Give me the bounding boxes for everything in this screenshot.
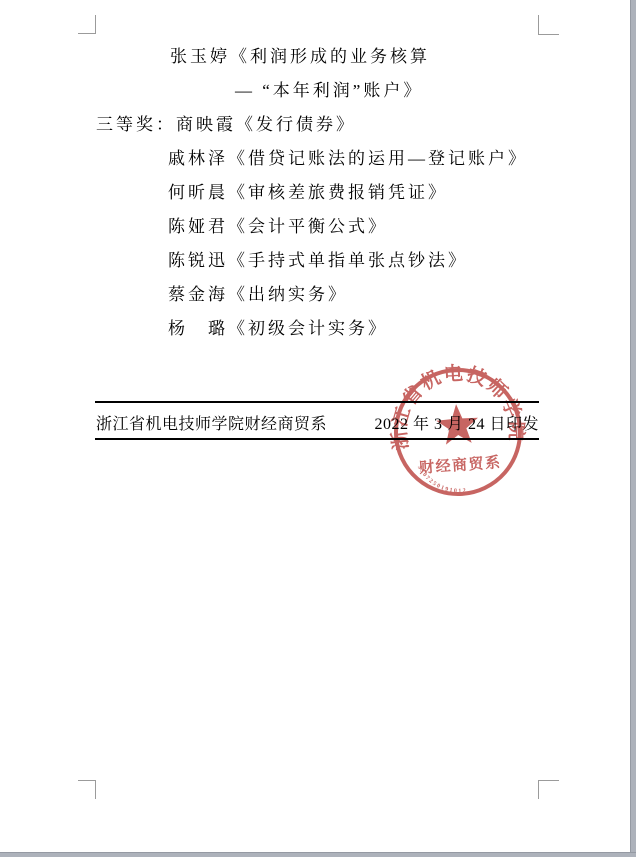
margin-crop-mark-top-right [538, 15, 559, 35]
footer-rule-bottom [95, 438, 539, 440]
third-prize-heading-line: 三等奖：商映霞《发行债券》 [0, 110, 636, 132]
footer-row: 浙江省机电技师学院财经商贸系 2022 年 3 月 24 日印发 [96, 411, 539, 434]
print-date: 2022 年 3 月 24 日印发 [374, 411, 539, 434]
issuing-department: 浙江省机电技师学院财经商贸系 [96, 411, 327, 434]
page-edge-bottom [0, 852, 636, 857]
seal-center-text: 财经商贸系 [419, 453, 503, 477]
margin-crop-mark-bottom-right [538, 780, 559, 799]
footer-rule-top [95, 401, 539, 403]
award-line: 张玉婷《利润形成的业务核算 [0, 42, 636, 64]
margin-crop-mark-top-left [78, 15, 96, 34]
margin-crop-mark-bottom-left [78, 780, 96, 799]
award-line: 陈娅君《会计平衡公式》 [0, 212, 636, 234]
award-line: 杨 璐《初级会计实务》 [0, 314, 636, 336]
document-page: 张玉婷《利润形成的业务核算 — “本年利润”账户》 三等奖：商映霞《发行债券》 … [0, 0, 636, 857]
award-line: 蔡金海《出纳实务》 [0, 280, 636, 302]
award-line: 陈锐迅《手持式单指单张点钞法》 [0, 246, 636, 268]
award-line-continuation: — “本年利润”账户》 [0, 76, 636, 98]
award-line: 戚林泽《借贷记账法的运用—登记账户》 [0, 144, 636, 166]
award-line: 何昕晨《审核差旅费报销凭证》 [0, 178, 636, 200]
